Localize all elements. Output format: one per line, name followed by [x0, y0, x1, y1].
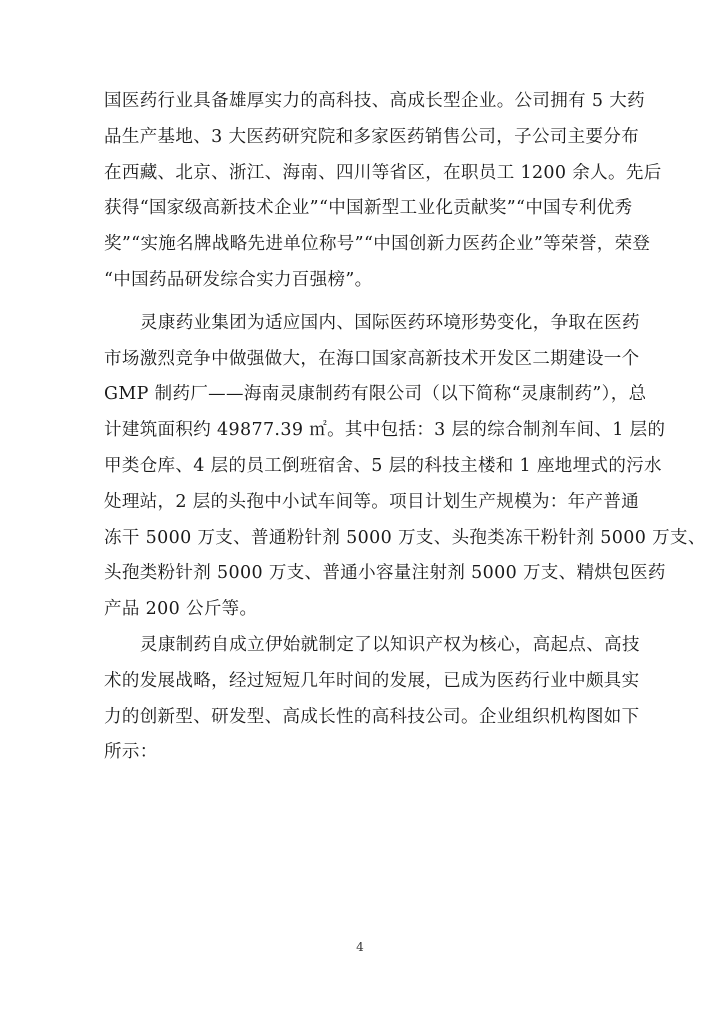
text-line: 冻干 5000 万支、普通粉针剂 5000 万支、头孢类冻干粉针剂 5000 万… — [104, 521, 630, 557]
text-line: 头孢类粉针剂 5000 万支、普通小容量注射剂 5000 万支、精烘包医药 — [104, 556, 630, 592]
text-line: 术的发展战略，经过短短几年时间的发展，已成为医药行业中颇具实 — [104, 664, 630, 700]
paragraph-gmp-plant: 灵康药业集团为适应国内、国际医药环境形势变化，争取在医药 市场激烈竞争中做强做大… — [104, 306, 630, 628]
text-line: 获得“国家级高新技术企业”“中国新型工业化贡献奖”“中国专利优秀 — [104, 191, 630, 227]
text-line: 力的创新型、研发型、高成长性的高科技公司。企业组织机构图如下 — [104, 700, 630, 736]
text-line: 国医药行业具备雄厚实力的高科技、高成长型企业。公司拥有 5 大药 — [104, 84, 630, 120]
text-line: 在西藏、北京、浙江、海南、四川等省区，在职员工 1200 余人。先后 — [104, 156, 630, 192]
text-line: 甲类仓库、4 层的员工倒班宿舍、5 层的科技主楼和 1 座地埋式的污水 — [104, 449, 630, 485]
body-text: 国医药行业具备雄厚实力的高科技、高成长型企业。公司拥有 5 大药 品生产基地、3… — [104, 84, 630, 771]
paragraph-development-strategy: 灵康制药自成立伊始就制定了以知识产权为核心，高起点、高技 术的发展战略，经过短短… — [104, 628, 630, 771]
text-line: “中国药品研发综合实力百强榜”。 — [104, 263, 630, 299]
page-number: 4 — [0, 940, 720, 954]
text-line: 计建筑面积约 49877.39 ㎡。其中包括：3 层的综合制剂车间、1 层的 — [104, 413, 630, 449]
text-line: 灵康制药自成立伊始就制定了以知识产权为核心，高起点、高技 — [104, 628, 630, 664]
text-line: 灵康药业集团为适应国内、国际医药环境形势变化，争取在医药 — [104, 306, 630, 342]
text-line: 品生产基地、3 大医药研究院和多家医药销售公司，子公司主要分布 — [104, 120, 630, 156]
text-line: 处理站，2 层的头孢中小试车间等。项目计划生产规模为：年产普通 — [104, 485, 630, 521]
paragraph-company-overview: 国医药行业具备雄厚实力的高科技、高成长型企业。公司拥有 5 大药 品生产基地、3… — [104, 84, 630, 299]
text-line: 产品 200 公斤等。 — [104, 592, 630, 628]
text-line: 市场激烈竞争中做强做大，在海口国家高新技术开发区二期建设一个 — [104, 342, 630, 378]
document-page: 国医药行业具备雄厚实力的高科技、高成长型企业。公司拥有 5 大药 品生产基地、3… — [0, 0, 720, 1018]
text-line: GMP 制药厂——海南灵康制药有限公司（以下简称“灵康制药”），总 — [104, 377, 630, 413]
text-line: 奖”“实施名牌战略先进单位称号”“中国创新力医药企业”等荣誉，荣登 — [104, 227, 630, 263]
text-line: 所示： — [104, 735, 630, 771]
